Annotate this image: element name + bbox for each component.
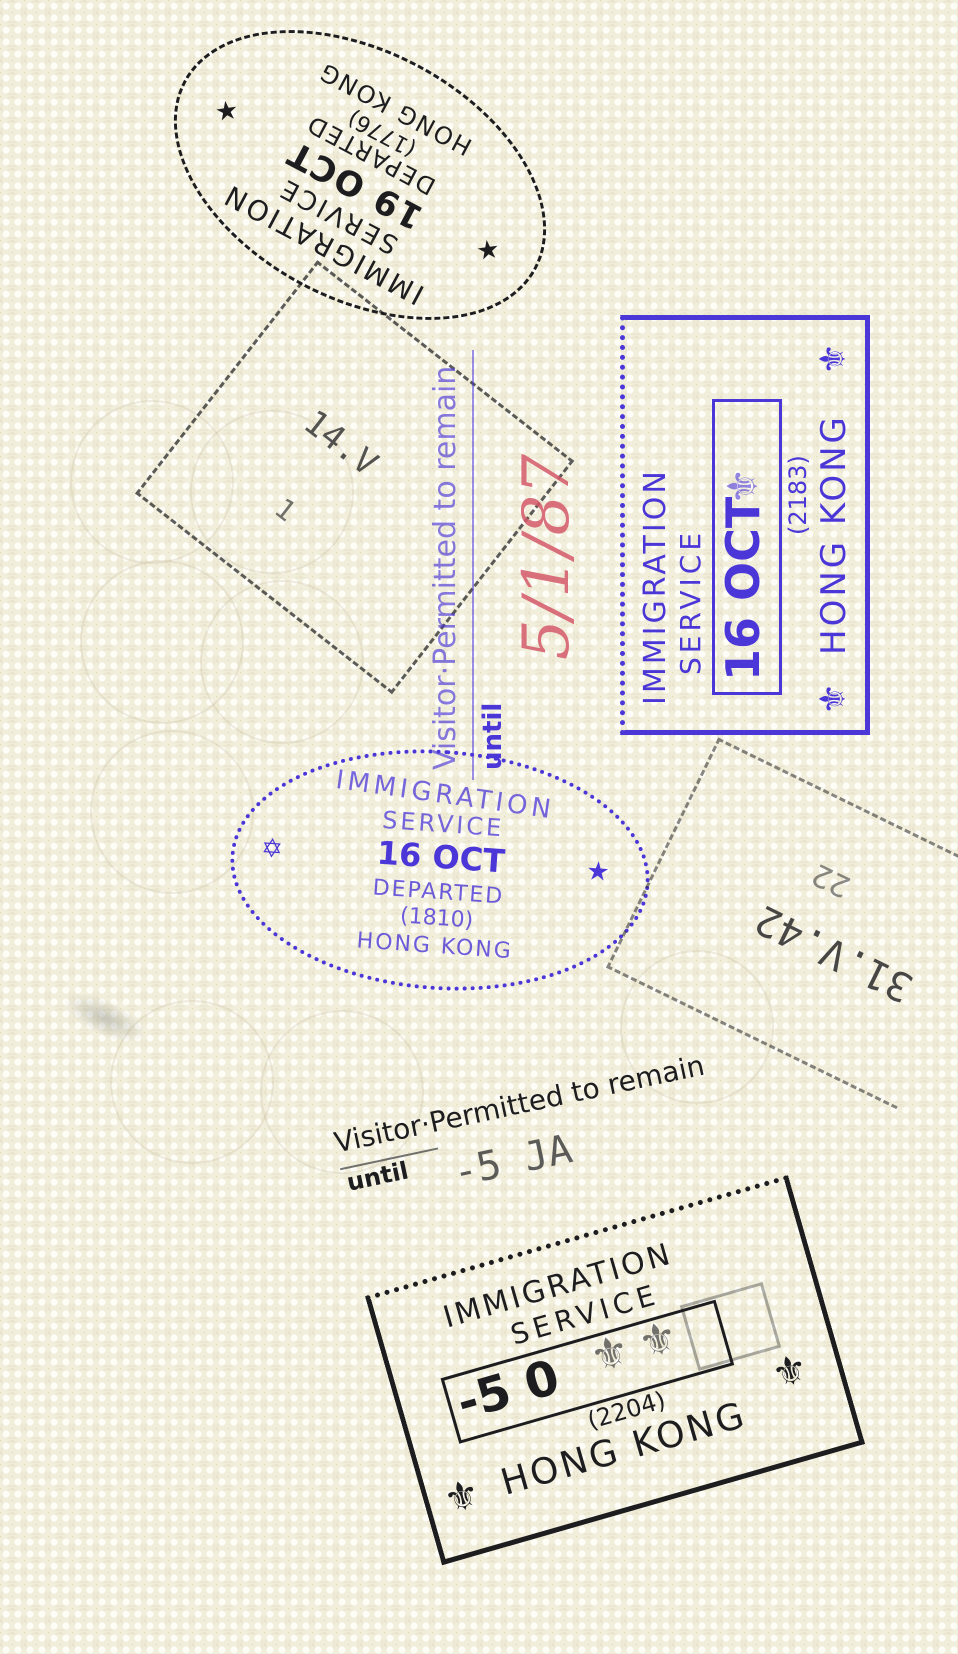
visitor-stamp-text: Visitor·Permitted to remain [428,366,463,770]
handwritten-date: 5/1/87 [510,430,590,670]
crest-icon: ⚜ [722,467,764,505]
passport-page: 14.V 1 IMMIGRATION SERVICE 19 OCT DEPART… [0,0,958,1654]
stamp-subtitle: SERVICE [674,529,707,675]
star-icon: ✡ [260,834,284,865]
departure-stamp-violet: IMMIGRATION SERVICE 16 OCT DEPARTED (181… [222,736,658,1005]
crest-icon: ⚜ [816,683,852,715]
visitor-stamp-violet: Visitor·Permitted to remain until [420,340,520,780]
arrival-stamp-violet: IMMIGRATION SERVICE 16 OCT ⚜ (2183) HONG… [620,315,870,735]
stamp-code: (2183) [784,455,812,535]
visitor-stamp-date: -5 JA [449,1126,576,1196]
stamp-title: IMMIGRATION [638,468,673,705]
visitor-stamp-until: until [344,1156,411,1196]
stamp-date: 16 OCT [716,497,770,681]
star-icon: ★ [585,856,610,888]
crest-icon: ⚜ [816,343,852,375]
stamp-place: HONG KONG [814,414,854,655]
